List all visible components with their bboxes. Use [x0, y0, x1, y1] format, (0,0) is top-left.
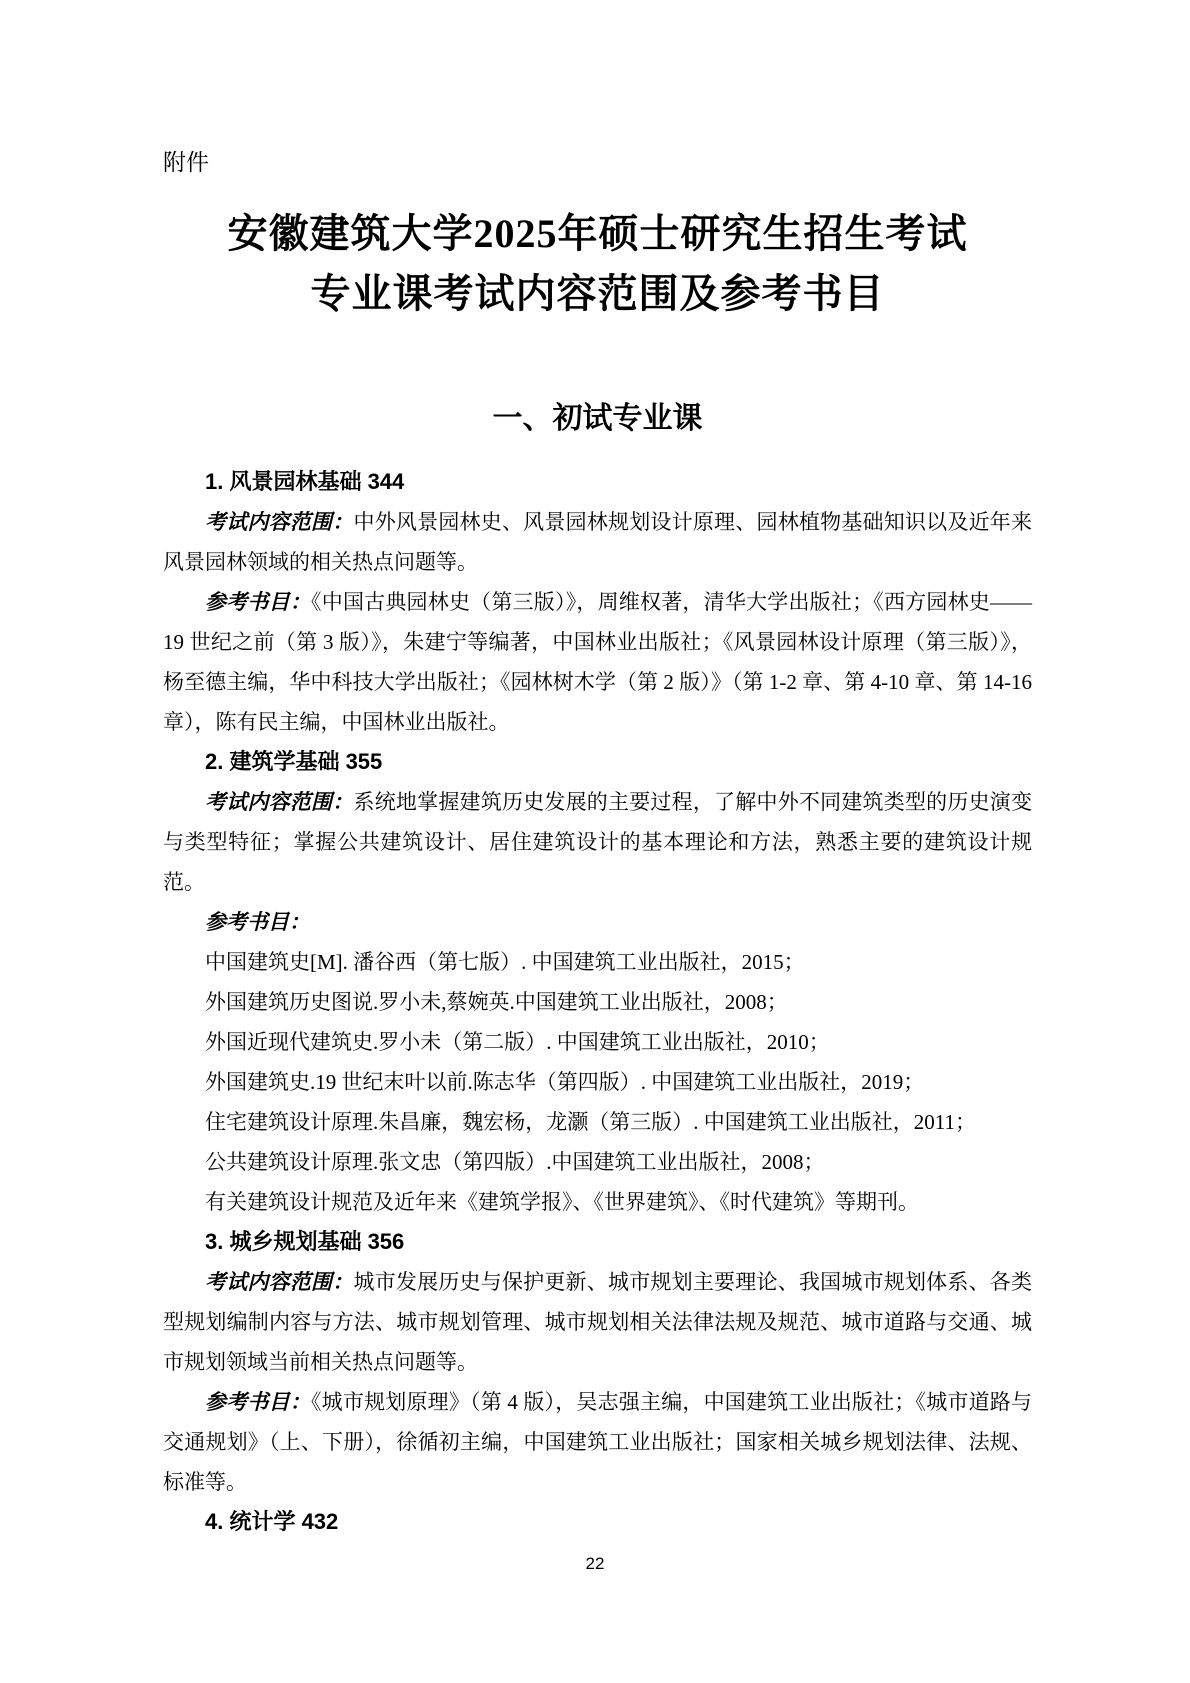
book-list-item: 外国建筑史.19 世纪末叶以前.陈志华（第四版）. 中国建筑工业出版社，2019… — [163, 1062, 1032, 1102]
subject-block-3: 3. 城乡规划基础 356 考试内容范围：城市发展历史与保护更新、城市规划主要理… — [163, 1222, 1032, 1502]
book-list-item: 住宅建筑设计原理.朱昌廉，魏宏杨，龙灏（第三版）. 中国建筑工业出版社，2011… — [163, 1102, 1032, 1142]
scope-paragraph: 考试内容范围：系统地掌握建筑历史发展的主要过程，了解中外不同建筑类型的历史演变与… — [163, 782, 1032, 902]
page-number: 22 — [0, 1552, 1190, 1576]
book-list: 中国建筑史[M]. 潘谷西（第七版）. 中国建筑工业出版社，2015； 外国建筑… — [163, 942, 1032, 1222]
attachment-label: 附件 — [163, 0, 1032, 180]
scope-paragraph: 考试内容范围：中外风景园林史、风景园林规划设计原理、园林植物基础知识以及近年来风… — [163, 502, 1032, 582]
books-paragraph: 参考书目：《城市规划原理》（第 4 版），吴志强主编，中国建筑工业出版社；《城市… — [163, 1382, 1032, 1502]
book-list-item: 外国近现代建筑史.罗小未（第二版）. 中国建筑工业出版社，2010； — [163, 1022, 1032, 1062]
subject-block-2: 2. 建筑学基础 355 考试内容范围：系统地掌握建筑历史发展的主要过程，了解中… — [163, 742, 1032, 1222]
scope-paragraph: 考试内容范围：城市发展历史与保护更新、城市规划主要理论、我国城市规划体系、各类型… — [163, 1262, 1032, 1382]
book-list-item: 有关建筑设计规范及近年来《建筑学报》、《世界建筑》、《时代建筑》等期刊。 — [163, 1182, 1032, 1222]
document-title: 安徽建筑大学2025年硕士研究生招生考试 专业课考试内容范围及参考书目 — [163, 204, 1032, 324]
book-list-item: 公共建筑设计原理.张文忠（第四版）.中国建筑工业出版社，2008； — [163, 1142, 1032, 1182]
book-list-item: 中国建筑史[M]. 潘谷西（第七版）. 中国建筑工业出版社，2015； — [163, 942, 1032, 982]
books-label: 参考书目： — [205, 590, 311, 614]
subject-block-4: 4. 统计学 432 — [163, 1502, 1032, 1542]
title-line-1: 安徽建筑大学2025年硕士研究生招生考试 — [163, 204, 1032, 264]
subject-heading: 2. 建筑学基础 355 — [163, 742, 1032, 782]
subject-heading: 1. 风景园林基础 344 — [163, 462, 1032, 502]
title-line-2: 专业课考试内容范围及参考书目 — [163, 264, 1032, 324]
section-heading: 一、初试专业课 — [163, 396, 1032, 442]
book-list-item: 外国建筑历史图说.罗小未,蔡婉英.中国建筑工业出版社，2008； — [163, 982, 1032, 1022]
subject-heading: 3. 城乡规划基础 356 — [163, 1222, 1032, 1262]
books-paragraph: 参考书目：《中国古典园林史（第三版）》，周维权著，清华大学出版社；《西方园林史—… — [163, 582, 1032, 742]
books-label: 参考书目： — [163, 902, 1032, 942]
books-label: 参考书目： — [205, 1390, 311, 1414]
scope-label: 考试内容范围： — [205, 1270, 353, 1294]
scope-label: 考试内容范围： — [205, 790, 353, 814]
subject-block-1: 1. 风景园林基础 344 考试内容范围：中外风景园林史、风景园林规划设计原理、… — [163, 462, 1032, 742]
body-block: 1. 风景园林基础 344 考试内容范围：中外风景园林史、风景园林规划设计原理、… — [163, 462, 1032, 1542]
scope-label: 考试内容范围： — [205, 510, 353, 534]
document-content: 附件 安徽建筑大学2025年硕士研究生招生考试 专业课考试内容范围及参考书目 一… — [0, 0, 1190, 1542]
document-page: 附件 安徽建筑大学2025年硕士研究生招生考试 专业课考试内容范围及参考书目 一… — [0, 0, 1190, 1683]
subject-heading: 4. 统计学 432 — [163, 1502, 1032, 1542]
